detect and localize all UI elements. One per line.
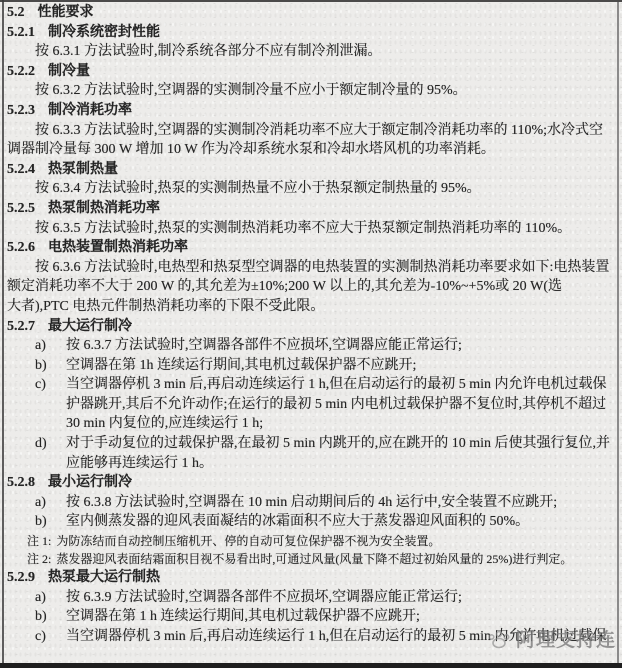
line-text: 调器制冷量每 300 W 增加 10 W 作为冷却系统水泵和冷却水塔风机的功率消… [7, 142, 495, 157]
section-heading: 5.2.9热泵最大运行制热 [7, 568, 611, 588]
line-text: 空调器在第 1h 连续运行期间,其电机过载保护器不应跳开; [66, 358, 416, 373]
list-marker: a) [35, 336, 66, 356]
line-text: 按 6.3.8 方法试验时,空调器在 10 min 启动期间后的 4h 运行中,… [66, 495, 557, 510]
line-text: 为防冻结而自动控制压缩机开、停的自动可复位保护器不视为安全装置。 [56, 534, 440, 548]
list-item-continuation-line: 应能够再连续运行 1 h。 [7, 454, 611, 474]
line-text: 按 6.3.5 方法试验时,热泵的实测制热消耗功率不应大于热泵额定制热消耗功率的… [35, 221, 571, 236]
line-text: 按 6.3.3 方法试验时,空调器的实测制冷消耗功率不应大于额定制冷消耗功率的 … [35, 123, 603, 138]
list-item: b)室内侧蒸发器的迎风表面凝结的冰霜面积不应大于蒸发器迎风面积的 50%。 [7, 512, 611, 532]
section-title: 热泵最大运行制热 [48, 570, 160, 585]
section-title: 热泵制热消耗功率 [48, 201, 160, 216]
scan-border-right [617, 0, 619, 665]
section-heading: 5.2性能要求 [7, 3, 611, 23]
paragraph-continuation-line: 调器制冷量每 300 W 增加 10 W 作为冷却系统水泵和冷却水塔风机的功率消… [7, 140, 611, 160]
line-text: 当空调器停机 3 min 后,再启动连续运行 1 h,但在启动运行的最初 5 m… [66, 629, 607, 644]
paragraph-line: 按 6.3.2 方法试验时,空调器的实测制冷量不应小于额定制冷量的 95%。 [7, 81, 611, 101]
list-item-continuation-line: 护器跳开,其后不允许动作;在运行的最初 5 min 内电机过载保护器不复位时,其… [7, 395, 611, 415]
list-marker: c) [35, 375, 66, 395]
section-number: 5.2 [7, 3, 25, 23]
line-text: 室内侧蒸发器的迎风表面凝结的冰霜面积不应大于蒸发器迎风面积的 50%。 [66, 514, 529, 529]
section-number: 5.2.8 [7, 473, 35, 493]
list-marker: b) [35, 356, 66, 376]
section-title: 电热装置制热消耗功率 [48, 240, 188, 255]
section-title: 性能要求 [38, 5, 94, 20]
scan-border-bottom [0, 663, 622, 668]
section-heading: 5.2.2制冷量 [7, 62, 611, 82]
section-number: 5.2.1 [7, 23, 35, 43]
scan-border-left [2, 0, 4, 665]
list-item: d)对于手动复位的过载保护器,在最初 5 min 内跳开的,应在跳开的 10 m… [7, 434, 611, 454]
section-heading: 5.2.4热泵制热量 [7, 160, 611, 180]
section-number: 5.2.6 [7, 238, 35, 258]
list-marker: a) [35, 588, 66, 608]
section-title: 制冷量 [48, 64, 90, 79]
line-text: 30 min 内复位的,应连续运行 1 h; [66, 416, 263, 431]
line-text: 护器跳开,其后不允许动作;在运行的最初 5 min 内电机过载保护器不复位时,其… [66, 397, 606, 412]
list-item: a)按 6.3.7 方法试验时,空调器各部件不应损坏,空调器应能正常运行; [7, 336, 611, 356]
list-marker: b) [35, 512, 66, 532]
section-heading: 5.2.7最大运行制冷 [7, 317, 611, 337]
section-title: 制冷系统密封性能 [48, 25, 160, 40]
paragraph-line: 按 6.3.4 方法试验时,热泵的实测制热量不应小于热泵额定制热量的 95%。 [7, 179, 611, 199]
line-text: 按 6.3.9 方法试验时,空调器各部件不应损坏,空调器应能正常运行; [66, 590, 462, 605]
list-marker: a) [35, 493, 66, 513]
line-text: 按 6.3.7 方法试验时,空调器各部件不应损坏,空调器应能正常运行; [66, 338, 462, 353]
list-marker: c) [35, 627, 66, 647]
line-text: 对于手动复位的过载保护器,在最初 5 min 内跳开的,应在跳开的 10 min… [66, 436, 610, 451]
note-label: 注 2: [27, 552, 51, 566]
list-item: c)当空调器停机 3 min 后,再启动连续运行 1 h,但在启动运行的最初 5… [7, 627, 611, 647]
list-marker: b) [35, 607, 66, 627]
list-marker: d) [35, 434, 66, 454]
section-number: 5.2.3 [7, 101, 35, 121]
section-number: 5.2.7 [7, 317, 35, 337]
line-text: 按 6.3.2 方法试验时,空调器的实测制冷量不应小于额定制冷量的 95%。 [35, 83, 467, 98]
list-item: c)当空调器停机 3 min 后,再启动连续运行 1 h,但在启动运行的最初 5… [7, 375, 611, 395]
section-heading: 5.2.8最小运行制冷 [7, 473, 611, 493]
scan-border-top [0, 0, 622, 2]
list-item: b)空调器在第 1 h 连续运行期间,其电机过载保护器不应跳开; [7, 607, 611, 627]
line-text: 蒸发器迎风表面结霜面积目视不易看出时,可通过风量(风量下降不超过初始风量的 25… [56, 552, 572, 566]
line-text: 按 6.3.4 方法试验时,热泵的实测制热量不应小于热泵额定制热量的 95%。 [35, 181, 481, 196]
section-number: 5.2.4 [7, 160, 35, 180]
paragraph-line: 按 6.3.1 方法试验时,制冷系统各部分不应有制冷剂泄漏。 [7, 42, 611, 62]
note-line: 注 1:为防冻结而自动控制压缩机开、停的自动可复位保护器不视为安全装置。 [7, 532, 611, 550]
line-text: 额定消耗功率不大于 200 W 的,其允差为±10%;200 W 以上的,其允差… [7, 279, 562, 294]
section-title: 最大运行制冷 [48, 319, 132, 334]
line-text: 按 6.3.1 方法试验时,制冷系统各部分不应有制冷剂泄漏。 [35, 44, 382, 59]
list-item: a)按 6.3.8 方法试验时,空调器在 10 min 启动期间后的 4h 运行… [7, 493, 611, 513]
section-heading: 5.2.5热泵制热消耗功率 [7, 199, 611, 219]
section-number: 5.2.2 [7, 62, 35, 82]
note-line: 注 2:蒸发器迎风表面结霜面积目视不易看出时,可通过风量(风量下降不超过初始风量… [7, 550, 611, 568]
section-title: 最小运行制冷 [48, 475, 132, 490]
paragraph-line: 按 6.3.3 方法试验时,空调器的实测制冷消耗功率不应大于额定制冷消耗功率的 … [7, 121, 611, 141]
section-title: 制冷消耗功率 [48, 103, 132, 118]
section-number: 5.2.9 [7, 568, 35, 588]
section-number: 5.2.5 [7, 199, 35, 219]
line-text: 大者),PTC 电热元件制热消耗功率的下限不受此限。 [7, 299, 324, 314]
section-title: 热泵制热量 [48, 162, 118, 177]
section-heading: 5.2.1制冷系统密封性能 [7, 23, 611, 43]
line-text: 空调器在第 1 h 连续运行期间,其电机过载保护器不应跳开; [66, 609, 420, 624]
section-heading: 5.2.6电热装置制热消耗功率 [7, 238, 611, 258]
line-text: 应能够再连续运行 1 h。 [66, 456, 213, 471]
paragraph-line: 按 6.3.6 方法试验时,电热型和热泵型空调器的电热装置的实测制热消耗功率要求… [7, 258, 611, 278]
note-label: 注 1: [27, 534, 51, 548]
list-item: b)空调器在第 1h 连续运行期间,其电机过载保护器不应跳开; [7, 356, 611, 376]
line-text: 按 6.3.6 方法试验时,电热型和热泵型空调器的电热装置的实测制热消耗功率要求… [35, 260, 609, 275]
list-item: a)按 6.3.9 方法试验时,空调器各部件不应损坏,空调器应能正常运行; [7, 588, 611, 608]
paragraph-continuation-line: 额定消耗功率不大于 200 W 的,其允差为±10%;200 W 以上的,其允差… [7, 277, 611, 297]
scanned-document-page: 5.2性能要求5.2.1制冷系统密封性能按 6.3.1 方法试验时,制冷系统各部… [0, 0, 622, 668]
paragraph-line: 按 6.3.5 方法试验时,热泵的实测制热消耗功率不应大于热泵额定制热消耗功率的… [7, 219, 611, 239]
list-item-continuation-line: 30 min 内复位的,应连续运行 1 h; [7, 414, 611, 434]
paragraph-continuation-line: 大者),PTC 电热元件制热消耗功率的下限不受此限。 [7, 297, 611, 317]
section-heading: 5.2.3制冷消耗功率 [7, 101, 611, 121]
document-content: 5.2性能要求5.2.1制冷系统密封性能按 6.3.1 方法试验时,制冷系统各部… [7, 3, 611, 646]
line-text: 当空调器停机 3 min 后,再启动连续运行 1 h,但在启动运行的最初 5 m… [66, 377, 607, 392]
